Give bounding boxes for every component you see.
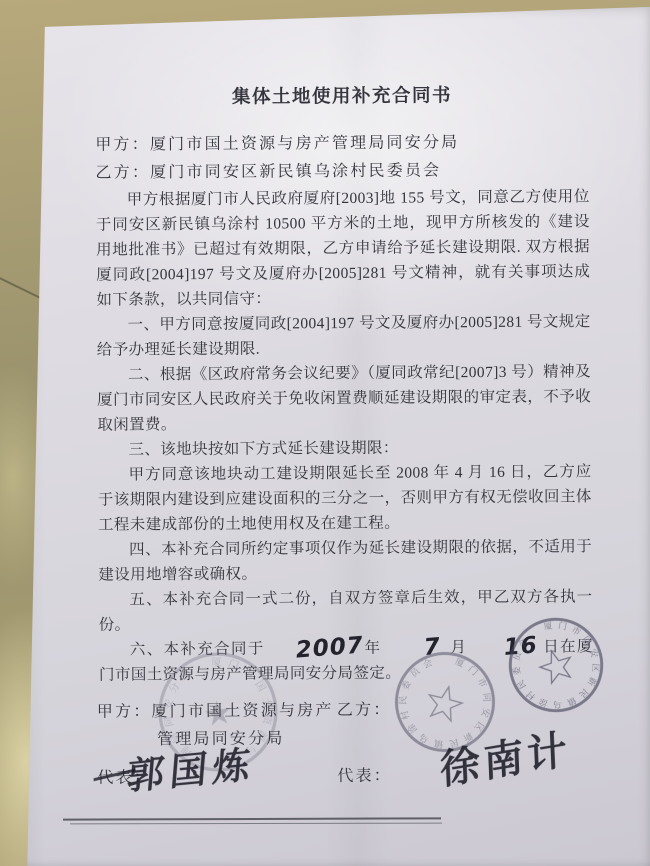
star-icon [536,646,576,685]
clause-2: 二、根据《区政府常务会议纪要》（厦同政常纪[2007]3 号）精神及厦门市同安区… [97,359,592,437]
signing-party-a-name-line1: 厦门市国土资源与房产 [151,702,333,720]
party-a-label: 甲方： [95,136,150,153]
party-a-name: 厦门市国土资源与房产管理局同安分局 [150,134,460,153]
contract-paper: 集体土地使用补充合同书 甲方：厦门市国土资源与房产管理局同安分局 乙方：厦门市同… [0,0,650,866]
preamble-paragraph: 甲方根据厦门市人民政府厦府[2003]地 155 号文，同意乙方使用位于同安区新… [96,184,591,312]
contract-body: 集体土地使用补充合同书 甲方：厦门市国土资源与房产管理局同安分局 乙方：厦门市同… [95,80,593,687]
party-a-representative-signature: 郭国炼 [125,734,258,801]
clause-4: 四、本补充合同所约定事项仅作为延长建设期限的依据，不适用于建设用地增容或确权。 [98,534,592,587]
party-b-name: 厦门市同安区新民镇乌涂村民委员会 [150,162,441,181]
signing-party-b-column: 乙方： [337,697,392,725]
clause-3-heading: 三、该地块按如下方式延长建设期限： [97,434,591,462]
document-title: 集体土地使用补充合同书 [95,80,589,109]
footer-rule-line-2 [70,823,442,825]
party-b-representative-label: 代表： [337,763,392,786]
signing-party-b-label: 乙方： [337,697,392,725]
party-b-label: 乙方： [95,164,150,181]
footer-rule-line [63,817,441,820]
party-b-line: 乙方：厦门市同安区新民镇乌涂村民委员会 [95,156,589,187]
handwritten-year: 2007 [264,634,364,665]
party-a-line: 甲方：厦门市国土资源与房产管理局同安分局 [95,128,589,159]
signing-party-a-label: 甲方： [97,703,152,720]
signature-block: 甲方：厦门市国土资源与房产 管理局同安分局 乙方： 代表： 代表： 郭国炼 徐南… [97,695,591,754]
year-unit: 年 [364,640,382,657]
clause-3-body: 甲方同意该地块动工建设期限延长至 2008 年 4 月 16 日，乙方应于该期限… [98,459,593,537]
clause-1: 一、甲方同意按厦同政[2004]197 号文及厦府办[2005]281 号文规定… [96,309,590,362]
